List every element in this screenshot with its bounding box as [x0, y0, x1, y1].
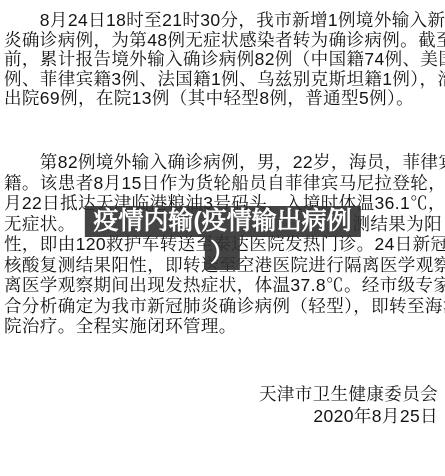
text-line: 炎确诊病例，为第48例无症状感染者转为确诊病例。截至目: [4, 31, 442, 51]
title-watermark-line1: 疫情内输(疫情输出病例: [84, 206, 360, 237]
text-line: 籍。该患者8月15日作为货轮船员自菲律宾马尼拉登轮，于8: [4, 173, 442, 194]
text-line: 8月24日18时至21时30分，我市新增1例境外输入新冠肺: [4, 11, 442, 31]
text-line: 出院69例，在院13例（其中轻型8例，普通型5例）。: [4, 89, 442, 109]
title-watermark-line2: ）: [205, 237, 240, 270]
signature-block: 天津市卫生健康委员会 2020年8月25日: [259, 383, 438, 427]
text-line: 合分析确定为我市新冠肺炎确诊病例（轻型），即转至海河医: [4, 296, 442, 317]
text-line: 第82例境外输入确诊病例，男，22岁，海员，菲律宾: [4, 152, 442, 173]
signature-organization: 天津市卫生健康委员会: [259, 383, 438, 405]
signature-date: 2020年8月25日: [259, 405, 438, 427]
announcement-page: 8月24日18时至21时30分，我市新增1例境外输入新冠肺 炎确诊病例，为第48…: [0, 0, 445, 476]
text-line: 离医学观察期间出现发热症状，体温37.8℃。经市级专家组综: [4, 275, 442, 296]
text-line: 前，累计报告境外输入确诊病例82例（中国籍74例、美国籍3: [4, 50, 442, 70]
text-line: 院治疗。全程实施闭环管理。: [4, 316, 442, 337]
title-watermark: 疫情内输(疫情输出病例 ）: [84, 206, 360, 270]
paragraph-summary: 8月24日18时至21时30分，我市新增1例境外输入新冠肺 炎确诊病例，为第48…: [4, 11, 442, 109]
text-fragment-left: 无症状。: [4, 214, 76, 235]
text-line: 例、菲律宾籍3例、法国籍1例、乌兹别克斯坦籍1例），治愈: [4, 70, 442, 90]
text-fragment-right: 测结果为阳: [353, 214, 443, 235]
